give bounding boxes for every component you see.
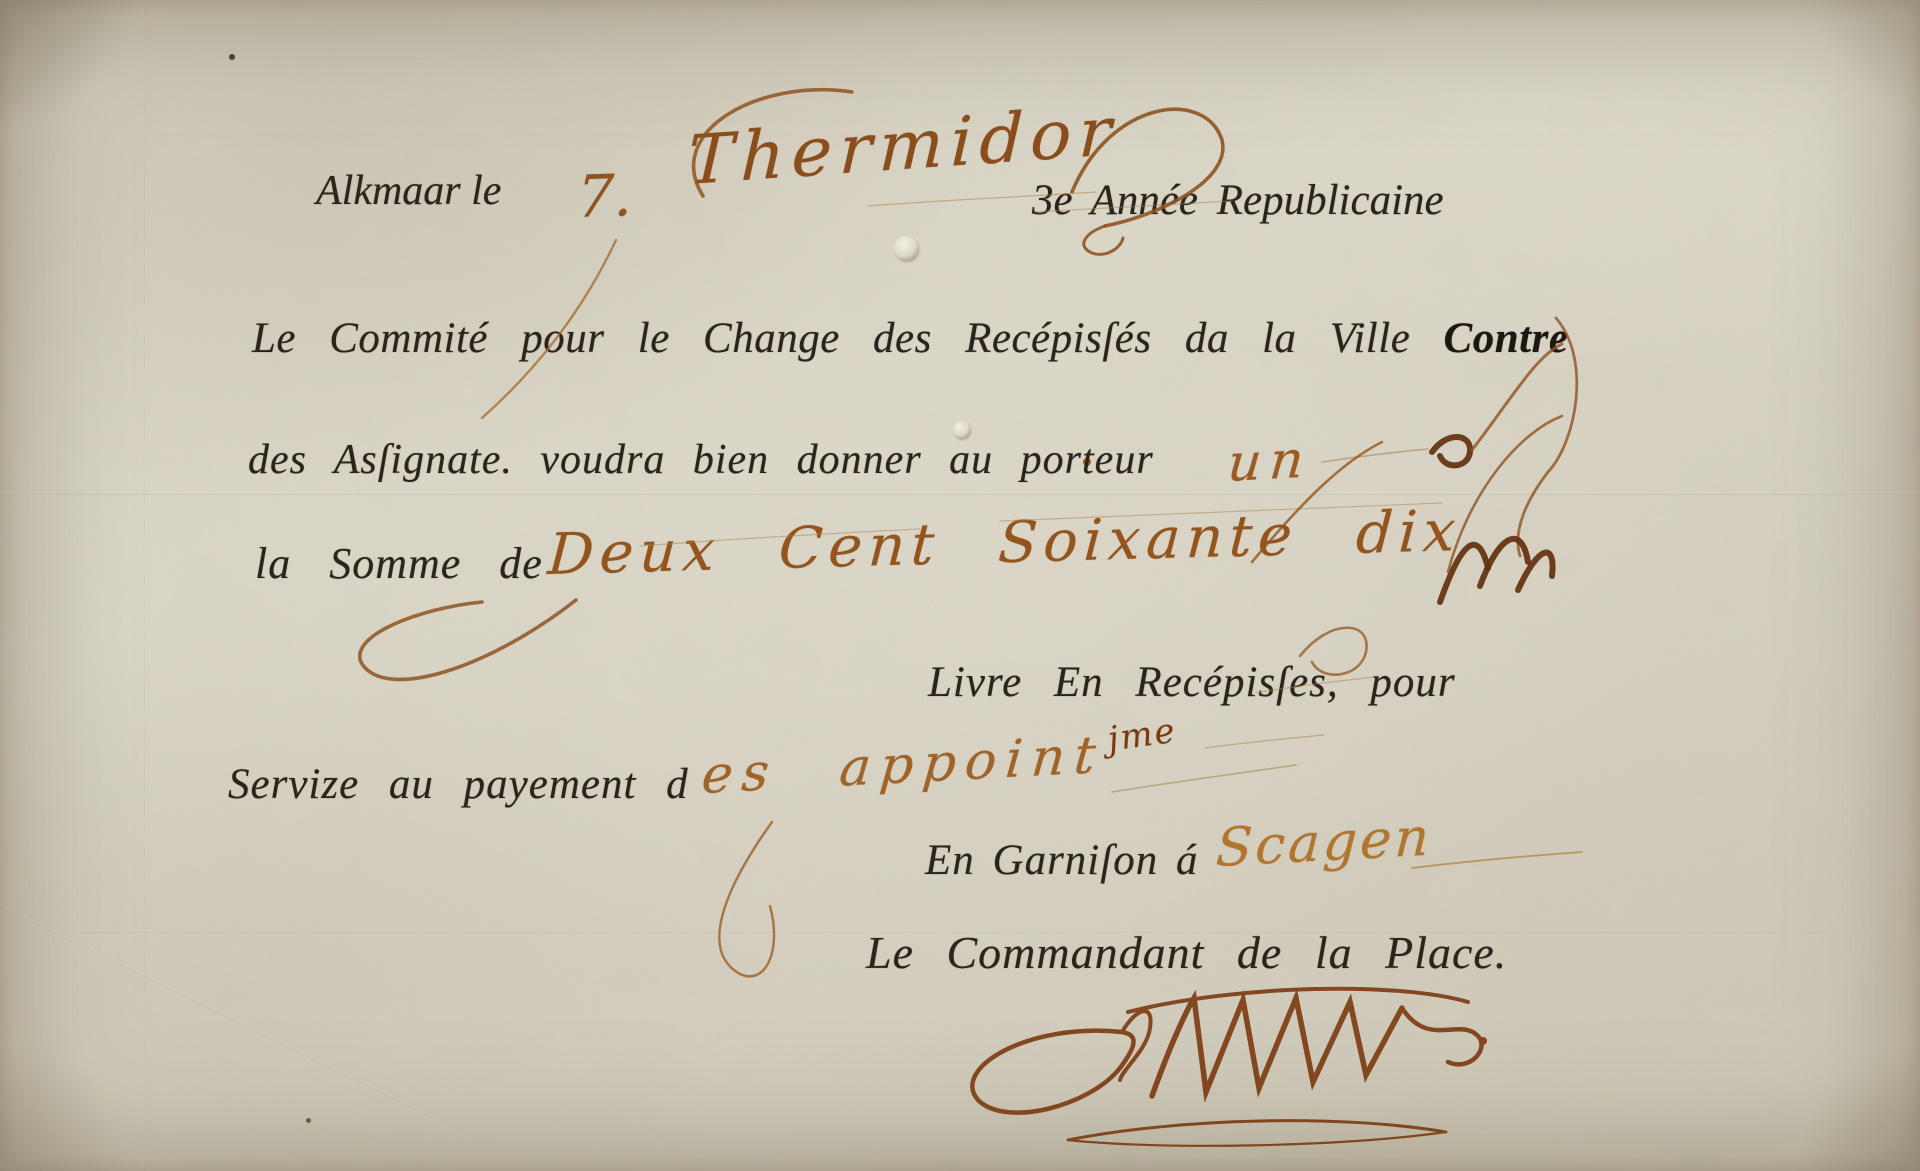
garrison-flourish xyxy=(1412,852,1582,868)
garrison-label: En Garniſon á xyxy=(925,836,1198,885)
committee-line: Le Commité pour le Change des Recépisſés… xyxy=(252,314,1568,363)
ink-speck xyxy=(306,1118,311,1123)
crease-line xyxy=(0,492,1920,495)
handwritten-appoint: es appoint xyxy=(699,725,1107,806)
ink-speck xyxy=(229,54,235,60)
handwritten-day: 7. xyxy=(576,161,634,231)
somme-label: la Somme de xyxy=(255,538,543,589)
handwritten-garrison-place: Scagen xyxy=(1214,807,1433,879)
committee-line-text: Le Commité pour le Change des Recépisſés… xyxy=(252,315,1410,362)
printed-year-label: 3e Année Republicaine xyxy=(1032,176,1444,225)
crease-line xyxy=(0,898,454,1128)
livres-line: Livre En Recépisſes, pour xyxy=(928,658,1456,707)
signature-scrawl xyxy=(972,989,1487,1146)
handwritten-amount: Deux Cent Soixante dix xyxy=(546,498,1463,588)
handwritten-appoint-superscript: jme xyxy=(1105,711,1179,760)
service-line: Servize au payement d xyxy=(228,760,689,809)
handwritten-un: un xyxy=(1225,430,1314,494)
committee-line-emphasis: Contre xyxy=(1444,315,1569,362)
embossed-seal-dot xyxy=(894,236,918,260)
assignats-line: des Asſignate. voudra bien donner au por… xyxy=(248,436,1154,484)
commandant-signoff: Le Commandant de la Place. xyxy=(866,926,1507,979)
crease-line xyxy=(142,0,145,1171)
printed-place-label: Alkmaar le xyxy=(316,167,501,215)
document-page: Alkmaar le 3e Année Republicaine Le Comm… xyxy=(0,0,1920,1171)
